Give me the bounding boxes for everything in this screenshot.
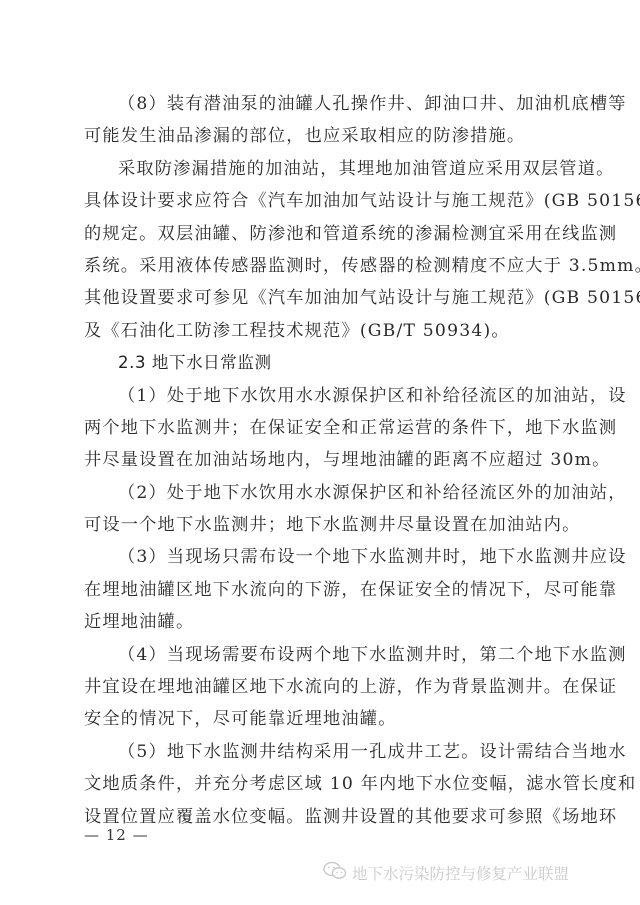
text-line: （5）地下水监测井结构采用一孔成井工艺。设计需结合当地水 [84, 736, 558, 768]
text-line: （4）当现场需要布设两个地下水监测井时，第二个地下水监测 [84, 639, 558, 671]
text-line: 可能发生油品渗漏的部位，也应采取相应的防渗措施。 [84, 120, 558, 152]
paragraph-item-8: （8）装有潜油泵的油罐人孔操作井、卸油口井、加油机底槽等 可能发生油品渗漏的部位… [84, 88, 558, 153]
text-line: 其他设置要求可参见《汽车加油加气站设计与施工规范》(GB 50156) [84, 282, 558, 314]
paragraph-item-3: （3）当现场只需布设一个地下水监测井时，地下水监测井应设 在埋地油罐区地下水流向… [84, 541, 558, 638]
wechat-icon [322, 860, 348, 886]
text-line: 系统。采用液体传感器监测时，传感器的检测精度不应大于 3.5mm。 [84, 250, 558, 282]
text-line: 井尽量设置在加油站场地内，与埋地油罐的距离不应超过 30m。 [84, 444, 558, 476]
paragraph-item-1: （1）处于地下水饮用水水源保护区和补给径流区的加油站，设 两个地下水监测井；在保… [84, 380, 558, 477]
text-line: 两个地下水监测井；在保证安全和正常运营的条件下，地下水监测 [84, 412, 558, 444]
page-number: — 12 — [84, 826, 149, 844]
text-line: 设置位置应覆盖水位变幅。监测井设置的其他要求可参照《场地环 [84, 801, 558, 833]
document-page: （8）装有潜油泵的油罐人孔操作井、卸油口井、加油机底槽等 可能发生油品渗漏的部位… [84, 88, 558, 833]
text-line: 安全的情况下，尽可能靠近埋地油罐。 [84, 703, 558, 735]
text-line: 井宜设在埋地油罐区地下水流向的上游，作为背景监测井。在保证 [84, 671, 558, 703]
text-line: （1）处于地下水饮用水水源保护区和补给径流区的加油站，设 [84, 380, 558, 412]
text-line: 文地质条件，并充分考虑区域 10 年内地下水位变幅，滤水管长度和 [84, 768, 558, 800]
text-line: 采取防渗漏措施的加油站，其埋地加油管道应采用双层管道。 [84, 153, 558, 185]
paragraph-double-layer-pipe: 采取防渗漏措施的加油站，其埋地加油管道应采用双层管道。 具体设计要求应符合《汽车… [84, 153, 558, 347]
watermark-text: 地下水污染防控与修复产业联盟 [352, 862, 569, 884]
text-line: （2）处于地下水饮用水水源保护区和补给径流区外的加油站， [84, 477, 558, 509]
text-line: 及《石油化工防渗工程技术规范》(GB/T 50934)。 [84, 315, 558, 347]
text-line: 的规定。双层油罐、防渗池和管道系统的渗漏检测宜采用在线监测 [84, 218, 558, 250]
text-line: 具体设计要求应符合《汽车加油加气站设计与施工规范》(GB 50156) [84, 185, 558, 217]
text-line: （3）当现场只需布设一个地下水监测井时，地下水监测井应设 [84, 541, 558, 573]
paragraph-item-2: （2）处于地下水饮用水水源保护区和补给径流区外的加油站， 可设一个地下水监测井；… [84, 477, 558, 542]
text-line: 在埋地油罐区地下水流向的下游，在保证安全的情况下，尽可能靠 [84, 574, 558, 606]
watermark: 地下水污染防控与修复产业联盟 [322, 860, 569, 886]
text-line: 可设一个地下水监测井；地下水监测井尽量设置在加油站内。 [84, 509, 558, 541]
text-line: 近埋地油罐。 [84, 606, 558, 638]
paragraph-item-4: （4）当现场需要布设两个地下水监测井时，第二个地下水监测 井宜设在埋地油罐区地下… [84, 639, 558, 736]
paragraph-item-5: （5）地下水监测井结构采用一孔成井工艺。设计需结合当地水 文地质条件，并充分考虑… [84, 736, 558, 833]
text-line: （8）装有潜油泵的油罐人孔操作井、卸油口井、加油机底槽等 [84, 88, 558, 120]
section-heading: 2.3 地下水日常监测 [84, 347, 558, 379]
